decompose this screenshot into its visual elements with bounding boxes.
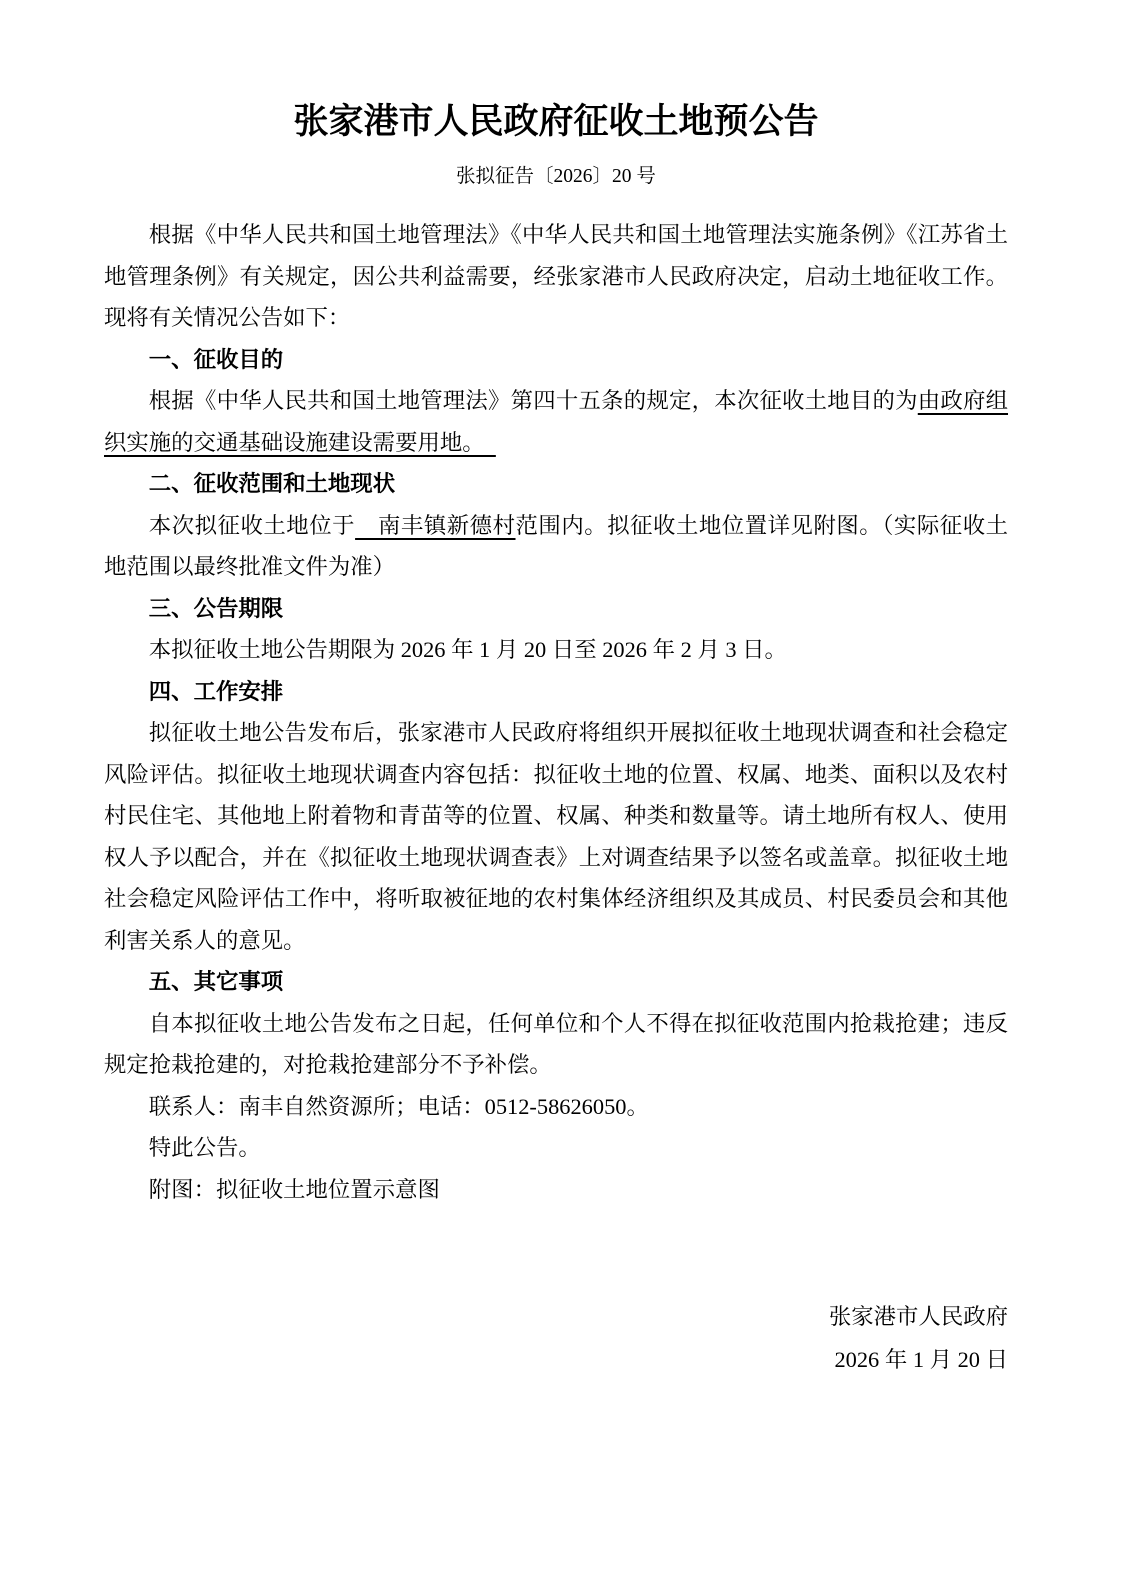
section-2-text: 本次拟征收土地位于 (149, 513, 355, 538)
section-4-heading: 四、工作安排 (104, 671, 1008, 713)
section-5-paragraph: 自本拟征收土地公告发布之日起，任何单位和个人不得在拟征收范围内抢栽抢建；违反规定… (104, 1003, 1008, 1086)
section-5-heading: 五、其它事项 (104, 961, 1008, 1003)
contact-line: 联系人：南丰自然资源所；电话：0512-58626050。 (104, 1086, 1008, 1128)
section-4-paragraph: 拟征收土地公告发布后，张家港市人民政府将组织开展拟征收土地现状调查和社会稳定风险… (104, 712, 1008, 961)
section-3-paragraph: 本拟征收土地公告期限为 2026 年 1 月 20 日至 2026 年 2 月 … (104, 629, 1008, 671)
signature-agency: 张家港市人民政府 (104, 1295, 1008, 1338)
section-2-heading: 二、征收范围和土地现状 (104, 463, 1008, 505)
section-1-heading: 一、征收目的 (104, 339, 1008, 381)
closing-line: 特此公告。 (104, 1127, 1008, 1169)
section-1-text: 根据《中华人民共和国土地管理法》第四十五条的规定，本次征收土地目的为 (149, 388, 918, 413)
document-number: 张拟征告〔2026〕20 号 (104, 162, 1008, 192)
attachment-line: 附图：拟征收土地位置示意图 (104, 1169, 1008, 1211)
document-page: 张家港市人民政府征收土地预公告 张拟征告〔2026〕20 号 根据《中华人民共和… (0, 0, 1122, 1587)
document-body: 根据《中华人民共和国土地管理法》《中华人民共和国土地管理法实施条例》《江苏省土地… (104, 214, 1008, 1210)
document-title: 张家港市人民政府征收土地预公告 (104, 96, 1008, 148)
signature-block: 张家港市人民政府 2026 年 1 月 20 日 (104, 1295, 1008, 1381)
section-3-heading: 三、公告期限 (104, 588, 1008, 630)
section-1-paragraph: 根据《中华人民共和国土地管理法》第四十五条的规定，本次征收土地目的为由政府组织实… (104, 380, 1008, 463)
section-2-paragraph: 本次拟征收土地位于 南丰镇新德村范围内。拟征收土地位置详见附图。（实际征收土地范… (104, 505, 1008, 588)
section-2-underlined-text: 南丰镇新德村 (355, 513, 515, 538)
intro-paragraph: 根据《中华人民共和国土地管理法》《中华人民共和国土地管理法实施条例》《江苏省土地… (104, 214, 1008, 339)
signature-date: 2026 年 1 月 20 日 (104, 1338, 1008, 1381)
